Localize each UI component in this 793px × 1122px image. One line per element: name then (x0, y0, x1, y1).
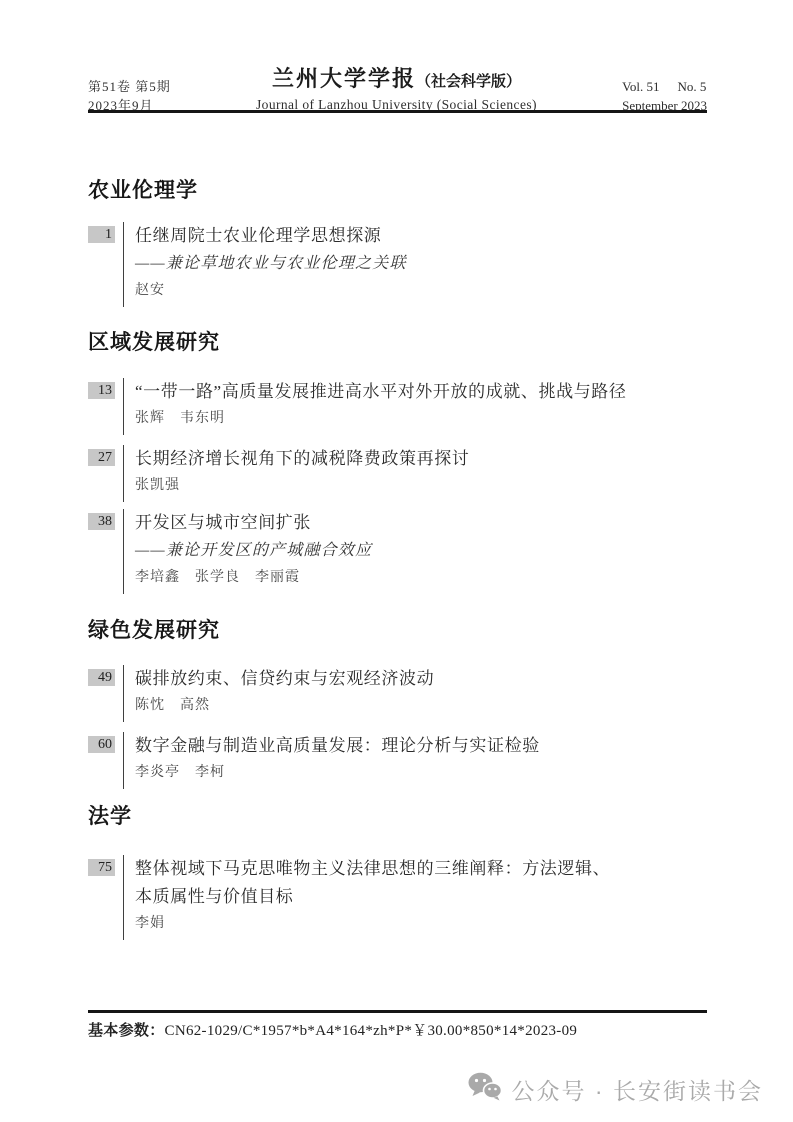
section-heading-green-development: 绿色发展研究 (88, 618, 220, 642)
page-number-badge: 27 (88, 449, 115, 466)
page-number-badge: 1 (88, 226, 115, 243)
toc-item-p1: 1 任继周院士农业伦理学思想探源 ——兼论草地农业与农业伦理之关联 赵安 (88, 222, 407, 307)
article-authors: 李娟 (135, 911, 610, 937)
toc-item-p27: 27 长期经济增长视角下的减税降费政策再探讨 张凯强 (88, 445, 469, 502)
toc-item-p38: 38 开发区与城市空间扩张 ——兼论开发区的产城融合效应 李培鑫 张学良 李丽霞 (88, 509, 372, 594)
section-heading-regional-development: 区域发展研究 (88, 330, 220, 354)
article-title: 整体视域下马克思唯物主义法律思想的三维阐释：方法逻辑、 本质属性与价值目标 (135, 855, 610, 911)
toc-item-p49: 49 碳排放约束、信贷约束与宏观经济波动 陈忱 高然 (88, 665, 434, 722)
issue-volume-cn: 第51卷 第5期 (88, 77, 171, 96)
journal-name-cn: 兰州大学学报 (272, 66, 416, 91)
number-en: No. 5 (677, 77, 706, 96)
watermark-label: 公众号 · 长安街读书会 (512, 1073, 763, 1106)
article-authors: 赵安 (135, 278, 407, 304)
page-number-badge: 60 (88, 736, 115, 753)
toc-item-p13: 13 “一带一路”高质量发展推进高水平对外开放的成就、挑战与路径 张辉 韦东明 (88, 378, 627, 435)
page-number-badge: 49 (88, 669, 115, 686)
article-authors: 李炎亭 李柯 (135, 760, 540, 786)
journal-header: 第51卷 第5期 2023年9月 兰州大学学报（社会科学版） Journal o… (88, 66, 707, 115)
basic-parameters-line: 基本参数：CN62-1029/C*1957*b*A4*164*zh*P*￥30.… (88, 1019, 577, 1040)
article-title: 任继周院士农业伦理学思想探源 (135, 222, 407, 250)
section-heading-law: 法学 (88, 804, 132, 828)
article-title: “一带一路”高质量发展推进高水平对外开放的成就、挑战与路径 (135, 378, 627, 406)
article-entry: 整体视域下马克思唯物主义法律思想的三维阐释：方法逻辑、 本质属性与价值目标 李娟 (123, 855, 610, 940)
wechat-watermark: 公众号 · 长安街读书会 (468, 1072, 763, 1107)
article-entry: “一带一路”高质量发展推进高水平对外开放的成就、挑战与路径 张辉 韦东明 (123, 378, 627, 435)
footer-rule (88, 1010, 707, 1013)
issue-volume-en: Vol. 51 No. 5 (622, 77, 707, 96)
article-subtitle: ——兼论草地农业与农业伦理之关联 (135, 250, 407, 278)
toc-item-p75: 75 整体视域下马克思唯物主义法律思想的三维阐释：方法逻辑、 本质属性与价值目标… (88, 855, 610, 940)
page-number-badge: 75 (88, 859, 115, 876)
article-entry: 长期经济增长视角下的减税降费政策再探讨 张凯强 (123, 445, 469, 502)
article-authors: 张凯强 (135, 473, 469, 499)
journal-toc-page: 第51卷 第5期 2023年9月 兰州大学学报（社会科学版） Journal o… (0, 0, 793, 1122)
article-title: 开发区与城市空间扩张 (135, 509, 372, 537)
page-number-badge: 38 (88, 513, 115, 530)
section-heading-agricultural-ethics: 农业伦理学 (88, 178, 198, 202)
article-title: 长期经济增长视角下的减税降费政策再探讨 (135, 445, 469, 473)
header-rule (88, 110, 707, 113)
article-authors: 李培鑫 张学良 李丽霞 (135, 565, 372, 591)
article-authors: 陈忱 高然 (135, 693, 434, 719)
article-title: 碳排放约束、信贷约束与宏观经济波动 (135, 665, 434, 693)
article-title: 数字金融与制造业高质量发展：理论分析与实证检验 (135, 732, 540, 760)
article-subtitle: ——兼论开发区的产城融合效应 (135, 537, 372, 565)
article-entry: 任继周院士农业伦理学思想探源 ——兼论草地农业与农业伦理之关联 赵安 (123, 222, 407, 307)
article-entry: 开发区与城市空间扩张 ——兼论开发区的产城融合效应 李培鑫 张学良 李丽霞 (123, 509, 372, 594)
journal-title-block: 兰州大学学报（社会科学版） Journal of Lanzhou Univers… (256, 66, 537, 115)
volume-en: Vol. 51 (622, 77, 659, 96)
article-entry: 碳排放约束、信贷约束与宏观经济波动 陈忱 高然 (123, 665, 434, 722)
wechat-icon (468, 1072, 502, 1107)
toc-item-p60: 60 数字金融与制造业高质量发展：理论分析与实证检验 李炎亭 李柯 (88, 732, 540, 789)
page-number-badge: 13 (88, 382, 115, 399)
article-authors: 张辉 韦东明 (135, 406, 627, 432)
basic-parameters-label: 基本参数： (88, 1023, 165, 1039)
journal-edition-cn: （社会科学版） (416, 74, 521, 90)
article-entry: 数字金融与制造业高质量发展：理论分析与实证检验 李炎亭 李柯 (123, 732, 540, 789)
journal-title-cn: 兰州大学学报（社会科学版） (256, 66, 537, 95)
basic-parameters-value: CN62-1029/C*1957*b*A4*164*zh*P*￥30.00*85… (165, 1023, 578, 1039)
